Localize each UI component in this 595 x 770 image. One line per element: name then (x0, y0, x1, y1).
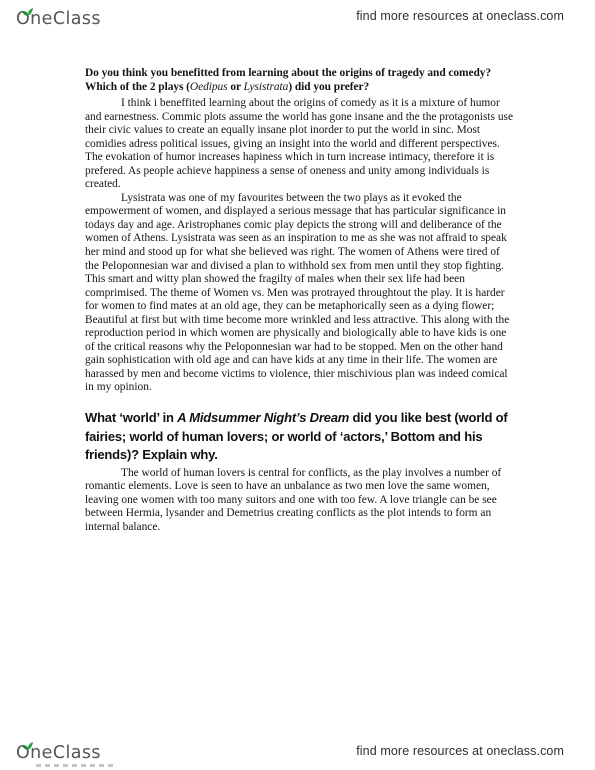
play-title-lysistrata: Lysistrata (244, 81, 289, 93)
question-1-heading: Do you think you benefitted from learnin… (85, 66, 516, 94)
play-title-midsummer-nights-dream: A Midsummer Night’s Dream (177, 410, 349, 425)
footer-tagline: find more resources at oneclass.com (356, 744, 564, 758)
question-2-heading: What ‘world’ in A Midsummer Night’s Drea… (85, 409, 516, 465)
document-page: OneClass find more resources at oneclass… (0, 0, 595, 770)
answer-1-paragraph-1: I think i beneffited learning about the … (85, 97, 516, 192)
answer-1-paragraph-2: Lysistrata was one of my favourites betw… (85, 192, 516, 395)
leaf-icon (22, 737, 33, 745)
oneclass-logo: OneClass (16, 7, 126, 35)
question-1-text: or (228, 81, 244, 93)
play-title-oedipus: Oedipus (190, 81, 228, 93)
scan-artifact (36, 764, 114, 767)
essay-content: Do you think you benefitted from learnin… (85, 66, 516, 534)
leaf-icon (22, 3, 33, 11)
answer-2-paragraph-1: The world of human lovers is central for… (85, 467, 516, 535)
question-1-text: ) did you prefer? (288, 81, 369, 93)
question-2-text: What ‘world’ in (85, 410, 177, 425)
header-tagline: find more resources at oneclass.com (356, 9, 564, 23)
